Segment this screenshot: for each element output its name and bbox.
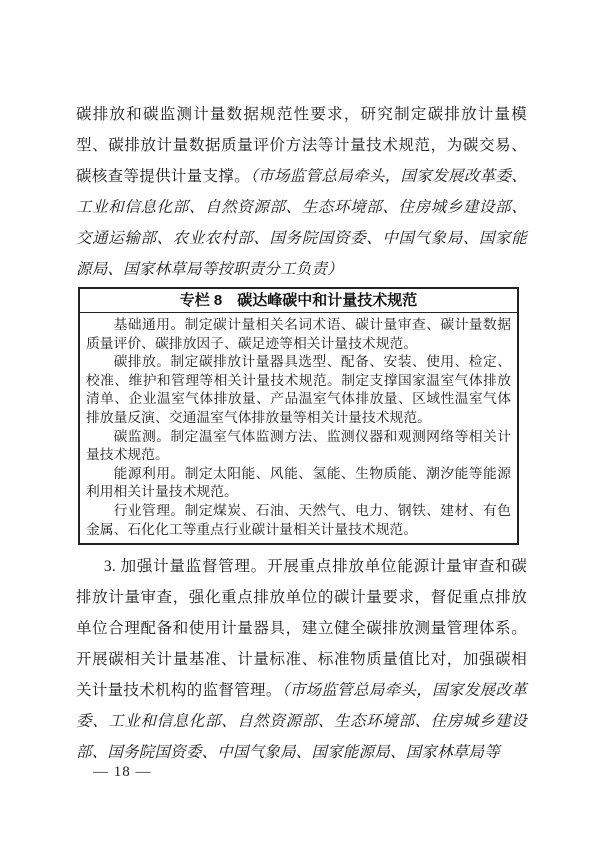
box-paragraph-industry: 行业管理。制定煤炭、石油、天然气、电力、钢铁、建材、有色金属、石化化工等重点行业… bbox=[86, 502, 511, 539]
box-title: 专栏 8 碳达峰碳中和计量技术规范 bbox=[80, 289, 517, 313]
column-box-8: 专栏 8 碳达峰碳中和计量技术规范 基础通用。制定碳计量相关名词术语、碳计量审查… bbox=[78, 287, 519, 545]
document-page: 碳排放和碳监测计量数据规范性要求，研究制定碳排放计量模型、碳排放计量数据质量评价… bbox=[0, 0, 600, 848]
box-paragraph-energy: 能源利用。制定太阳能、风能、氢能、生物质能、潮汐能等能源利用相关计量技术规范。 bbox=[86, 465, 511, 502]
paragraph-item3: 3. 加强计量监督管理。开展重点排放单位能源计量审查和碳排放计量审查，强化重点排… bbox=[76, 551, 527, 768]
paragraph-main-text: 3. 加强计量监督管理。开展重点排放单位能源计量审查和碳排放计量审查，强化重点排… bbox=[76, 558, 527, 699]
box-paragraph-emission: 碳排放。制定碳排放计量器具选型、配备、安装、使用、检定、校准、维护和管理等相关计… bbox=[86, 353, 511, 427]
page-number: — 18 — bbox=[93, 764, 152, 781]
page-content: 碳排放和碳监测计量数据规范性要求，研究制定碳排放计量模型、碳排放计量数据质量评价… bbox=[76, 99, 527, 768]
paragraph-continuation: 碳排放和碳监测计量数据规范性要求，研究制定碳排放计量模型、碳排放计量数据质量评价… bbox=[76, 99, 527, 285]
box-body: 基础通用。制定碳计量相关名词术语、碳计量审查、碳计量数据质量评价、碳排放因子、碳… bbox=[80, 313, 517, 543]
box-paragraph-general: 基础通用。制定碳计量相关名词术语、碳计量审查、碳计量数据质量评价、碳排放因子、碳… bbox=[86, 316, 511, 353]
box-paragraph-monitoring: 碳监测。制定温室气体监测方法、监测仪器和观测网络等相关计量技术规范。 bbox=[86, 428, 511, 465]
